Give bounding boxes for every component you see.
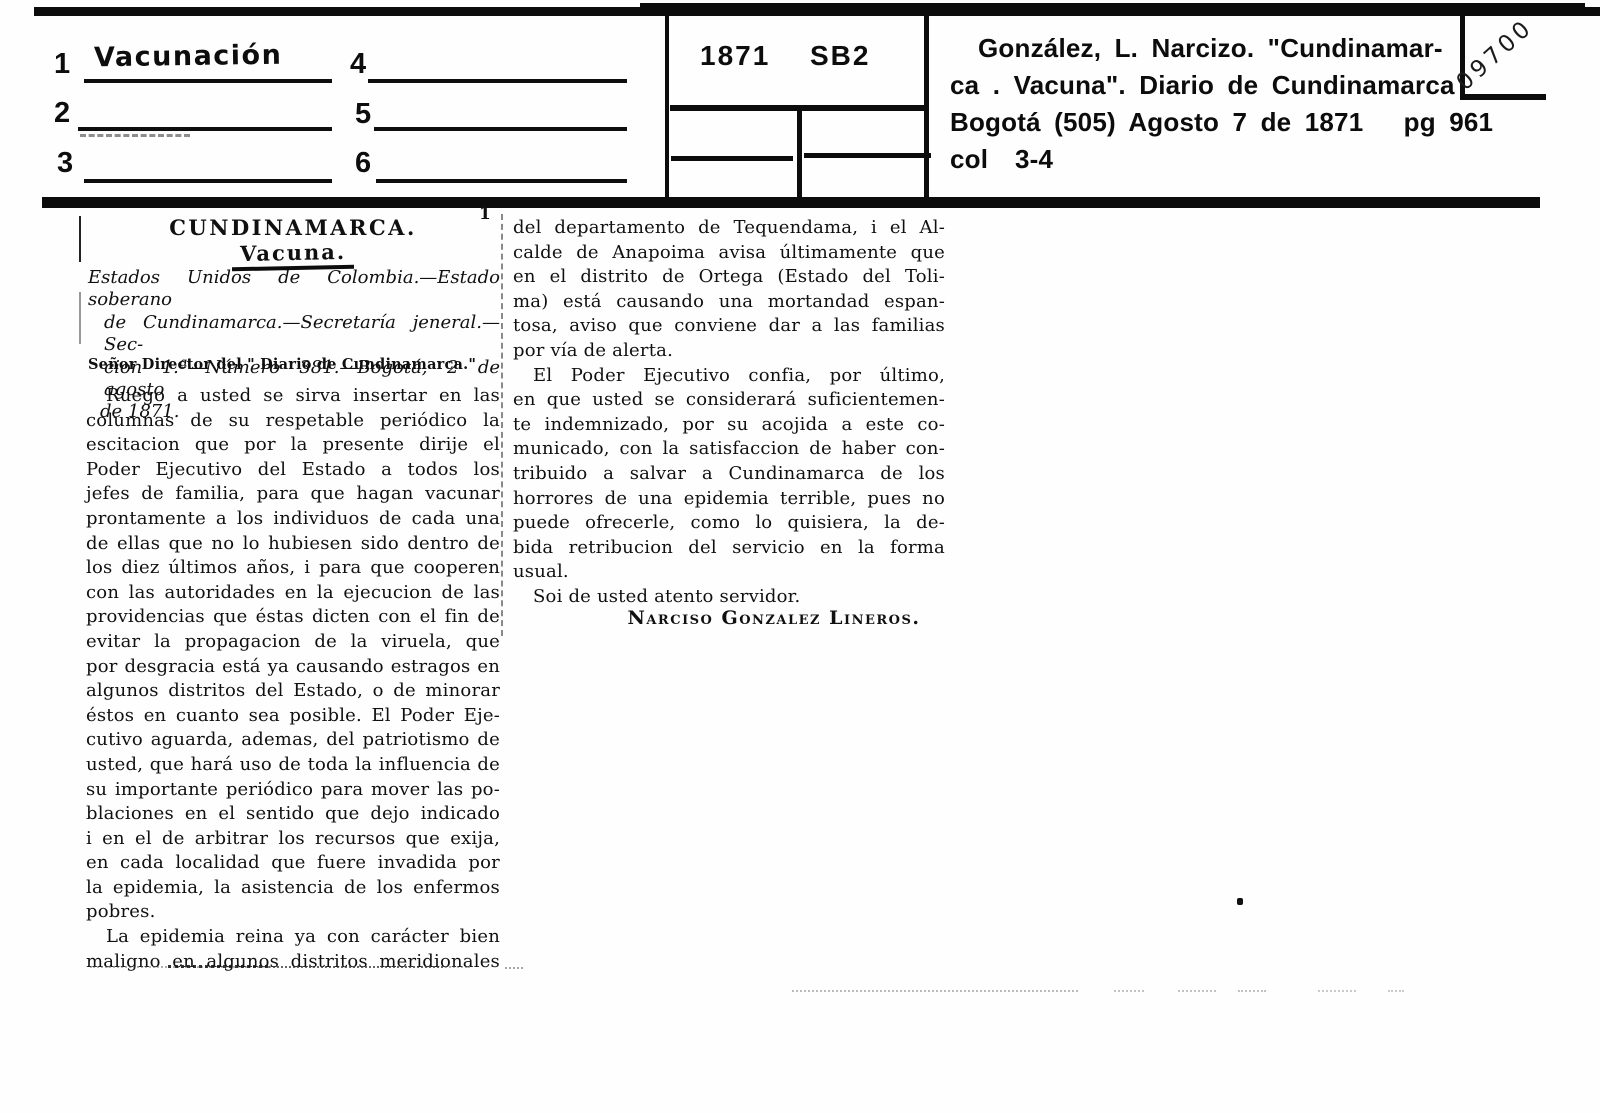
scan-artifact-dotline: [505, 967, 523, 969]
body-line: calde de Anapoima avisa últimamente que: [513, 241, 945, 266]
scan-artifact-dot: [1237, 898, 1243, 905]
article-title: CUNDINAMARCA.: [86, 215, 500, 240]
citation-line: col 3-4: [950, 141, 1525, 178]
body-line: horrores de una epidemia terrible, pues …: [513, 487, 945, 512]
body-line: bida retribucion del servicio en la form…: [513, 536, 945, 561]
stamp-box-right-underline: [804, 153, 931, 158]
field-6-number: 6: [355, 147, 371, 180]
body-line: tribuido a salvar a Cundinamarca de los: [513, 462, 945, 487]
article-right-column: del departamento de Tequendama, i el Al-…: [513, 216, 945, 610]
field-2-number: 2: [54, 97, 70, 130]
body-line: la epidemia, la asistencia de los enferm…: [86, 876, 500, 901]
body-line: te indemnizado, por su acojida a este co…: [513, 413, 945, 438]
scan-artifact-dotline: [168, 965, 268, 968]
body-line: blaciones en el sentido que dejo indicad…: [86, 802, 500, 827]
body-line: del departamento de Tequendama, i el Al-: [513, 216, 945, 241]
body-line: La epidemia reina ya con carácter bien: [86, 925, 500, 950]
citation-line: Bogotá (505) Agosto 7 de 1871 pg 961: [950, 104, 1525, 141]
column-divider-rule: [501, 214, 503, 636]
article-subtitle: Vacuna.: [86, 240, 500, 270]
field-1-line: [84, 79, 332, 83]
body-line: municado, con la satisfaccion de haber c…: [513, 437, 945, 462]
scanned-index-card: 1 Vacunación 2 3 4 5 6 1871 SB2 González…: [0, 0, 1600, 1113]
field-5-number: 5: [355, 98, 371, 131]
field-4-number: 4: [350, 48, 366, 81]
body-line: usted, que hará uso de toda la influenci…: [86, 753, 500, 778]
stamp-box-left-rail: [665, 14, 669, 206]
field-3-number: 3: [57, 147, 73, 180]
scan-artifact-tick: [79, 292, 81, 344]
scan-artifact-dotline: [1318, 990, 1356, 992]
stamp-box-left-underline: [671, 156, 793, 161]
body-line: El Poder Ejecutivo confia, por último,: [513, 364, 945, 389]
body-line: tosa, aviso que conviene dar a las famil…: [513, 314, 945, 339]
article-salutation: Señor Director del " Diario de Cundinama…: [88, 356, 500, 373]
scan-artifact-dotline: [1114, 990, 1144, 992]
body-line: por vía de alerta.: [513, 339, 945, 364]
stamp-code: SB2: [810, 40, 870, 72]
body-line: Ruego a usted se sirva insertar en las: [86, 384, 500, 409]
scan-artifact-dotline: [1238, 990, 1266, 992]
body-line: de ellas que no lo hubiesen sido dentro …: [86, 532, 500, 557]
article-left-column: Ruego a usted se sirva insertar en lasco…: [86, 384, 500, 974]
body-line: por desgracia está ya causando estragos …: [86, 655, 500, 680]
field-1-value: Vacunación: [94, 40, 283, 74]
field-6-line: [376, 179, 627, 183]
scan-artifact-tick: [79, 216, 81, 262]
body-line: ma) está causando una mortandad espan-: [513, 290, 945, 315]
citation-block: González, L. Narcizo. "Cundinamar-ca . V…: [950, 30, 1525, 178]
body-line: pobres.: [86, 900, 500, 925]
stamp-year: 1871: [700, 40, 770, 72]
body-line: cutivo aguarda, ademas, del patriotismo …: [86, 728, 500, 753]
body-line: Soi de usted atento servidor.: [513, 585, 945, 610]
body-line: en el distrito de Ortega (Estado del Tol…: [513, 265, 945, 290]
citation-line: ca . Vacuna". Diario de Cundinamarca: [950, 67, 1525, 104]
header-bottom-rule: [42, 197, 1540, 208]
body-line: éstos en cuanto sea posible. El Poder Ej…: [86, 704, 500, 729]
body-line: escitacion que por la presente dirije el: [86, 433, 500, 458]
body-line: su importante periódico para mover las p…: [86, 778, 500, 803]
top-border-rule-thick: [640, 3, 1585, 16]
scan-artifact-dotline: [268, 966, 443, 968]
byline-line: Estados Unidos de Colombia.—Estado sober…: [88, 267, 500, 312]
body-line: evitar la propagacion de la viruela, que: [86, 630, 500, 655]
body-line: jefes de familia, para que hagan vacunar: [86, 482, 500, 507]
body-line: puede ofrecerle, como lo quisiera, la de…: [513, 511, 945, 536]
corner-box-horizontal-rule: [1460, 94, 1546, 100]
body-line: maligno en algunos distritos meridionale…: [86, 950, 500, 975]
field-3-line: [84, 179, 332, 183]
body-line: Poder Ejecutivo del Estado a todos los: [86, 458, 500, 483]
field-2-line: [78, 127, 332, 131]
byline-line: de Cundinamarca.—Secretaría jeneral.—Sec…: [88, 312, 500, 357]
scan-artifact-dotline: [1388, 990, 1404, 992]
body-line: columnas de su respetable periódico la: [86, 409, 500, 434]
body-line: i en el de arbitrar los recursos que exi…: [86, 827, 500, 852]
scan-artifact-dashes: [80, 134, 190, 137]
body-line: en que usted se considerará suficienteme…: [513, 388, 945, 413]
body-line: algunos distritos del Estado, o de minor…: [86, 679, 500, 704]
field-1-number: 1: [54, 48, 70, 81]
body-line: en cada localidad que fuere invadida por: [86, 851, 500, 876]
body-line: providencias que éstas dicten con el fin…: [86, 605, 500, 630]
scan-artifact-dotline: [792, 990, 1078, 992]
scan-artifact-dotline: [1178, 990, 1216, 992]
body-line: con las autoridades en la ejecucion de l…: [86, 581, 500, 606]
field-5-line: [374, 127, 627, 131]
article-signature: Narciso Gonzalez Lineros.: [618, 607, 930, 629]
stamp-box-center-divider: [797, 108, 802, 203]
body-line: los diez últimos años, i para que cooper…: [86, 556, 500, 581]
field-4-line: [368, 79, 627, 83]
body-line: usual.: [513, 560, 945, 585]
body-line: prontamente a los individuos de cada una: [86, 507, 500, 532]
citation-line: González, L. Narcizo. "Cundinamar-: [950, 30, 1525, 67]
